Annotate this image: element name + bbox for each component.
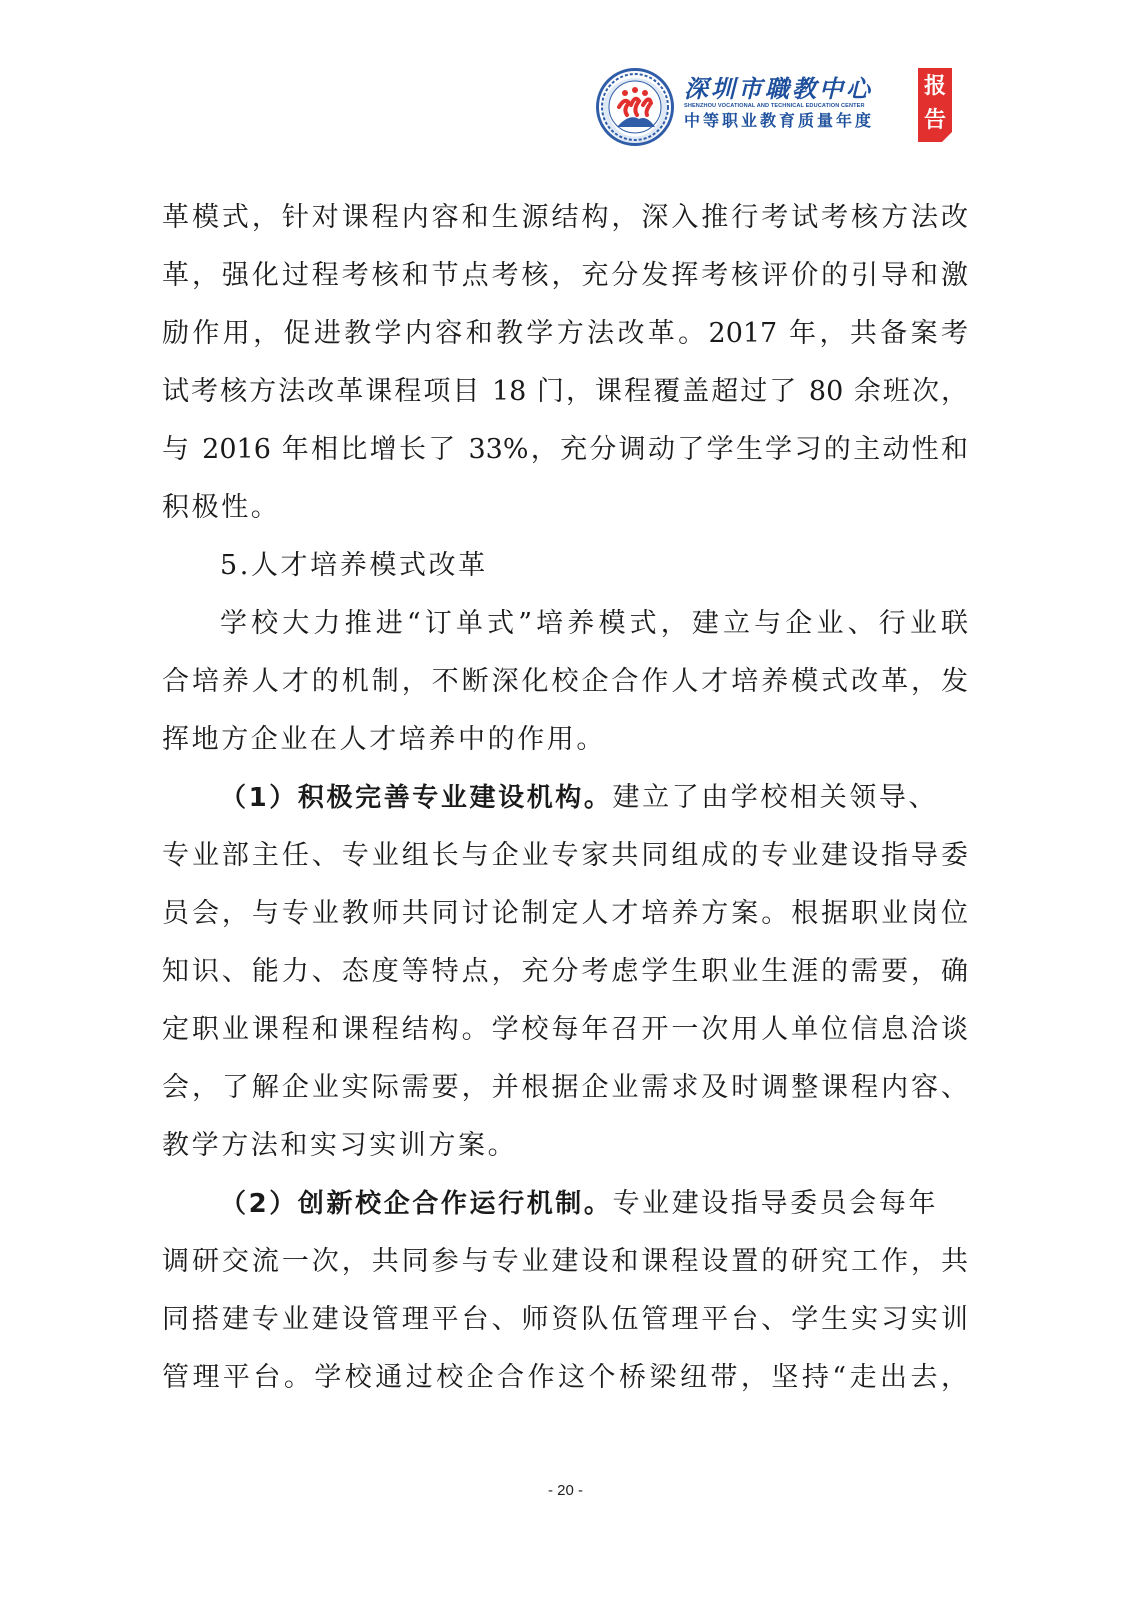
paragraph-line: 积极性。: [162, 486, 968, 544]
paragraph-line: 教学方法和实习实训方案。: [162, 1124, 968, 1182]
brand-name-cn: 深圳市職教中心: [684, 76, 912, 102]
item-2-label: （2）创新校企合作运行机制。: [220, 1189, 613, 1219]
brand-name-en: SHENZHOU VOCATIONAL AND TECHNICAL EDUCAT…: [684, 102, 912, 111]
paragraph-line: 与 2016 年相比增长了 33%，充分调动了学生学习的主动性和: [162, 428, 968, 486]
paragraph-line: 革模式，针对课程内容和生源结构，深入推行考试考核方法改: [162, 196, 968, 254]
page-header: 深圳市職教中心 SHENZHOU VOCATIONAL AND TECHNICA…: [596, 68, 968, 148]
paragraph-line: 调研交流一次，共同参与专业建设和课程设置的研究工作，共: [162, 1240, 968, 1298]
report-tag: 报 告: [918, 68, 952, 142]
item-2-first-line: （2）创新校企合作运行机制。专业建设指导委员会每年: [162, 1182, 968, 1240]
paragraph-line: 会，了解企业实际需要，并根据企业需求及时调整课程内容、: [162, 1066, 968, 1124]
item-1-text: 建立了由学校相关领导、: [613, 782, 939, 813]
paragraph-line: 员会，与专业教师共同讨论制定人才培养方案。根据职业岗位: [162, 892, 968, 950]
item-1-first-line: （1）积极完善专业建设机构。建立了由学校相关领导、: [162, 776, 968, 834]
page-number: - 20 -: [0, 1482, 1131, 1499]
paragraph-line: 学校大力推进“订单式”培养模式，建立与企业、行业联: [162, 602, 968, 660]
paragraph-line: 合培养人才的机制，不断深化校企合作人才培养模式改革，发: [162, 660, 968, 718]
paragraph-line: 挥地方企业在人才培养中的作用。: [162, 718, 968, 776]
report-tag-char-2: 告: [918, 104, 952, 138]
paragraph-line: 同搭建专业建设管理平台、师资队伍管理平台、学生实习实训: [162, 1298, 968, 1356]
document-body: 革模式，针对课程内容和生源结构，深入推行考试考核方法改 革，强化过程考核和节点考…: [162, 196, 968, 1414]
item-2-text: 专业建设指导委员会每年: [613, 1188, 939, 1219]
brand-block: 深圳市職教中心 SHENZHOU VOCATIONAL AND TECHNICA…: [684, 76, 912, 131]
paragraph-line: 管理平台。学校通过校企合作这个桥梁纽带，坚持“走出去，: [162, 1356, 968, 1414]
school-emblem-logo: [596, 68, 674, 146]
report-tag-char-1: 报: [918, 70, 952, 104]
emblem-icon: [599, 71, 671, 143]
item-1-label: （1）积极完善专业建设机构。: [220, 783, 613, 813]
paragraph-line: 励作用，促进教学内容和教学方法改革。2017 年，共备案考: [162, 312, 968, 370]
report-subtitle: 中等职业教育质量年度: [684, 111, 912, 131]
section-heading: 5.人才培养模式改革: [162, 544, 968, 602]
paragraph-line: 革，强化过程考核和节点考核，充分发挥考核评价的引导和激: [162, 254, 968, 312]
paragraph-line: 试考核方法改革课程项目 18 门，课程覆盖超过了 80 余班次，: [162, 370, 968, 428]
paragraph-line: 定职业课程和课程结构。学校每年召开一次用人单位信息洽谈: [162, 1008, 968, 1066]
paragraph-line: 知识、能力、态度等特点，充分考虑学生职业生涯的需要，确: [162, 950, 968, 1008]
paragraph-line: 专业部主任、专业组长与企业专家共同组成的专业建设指导委: [162, 834, 968, 892]
